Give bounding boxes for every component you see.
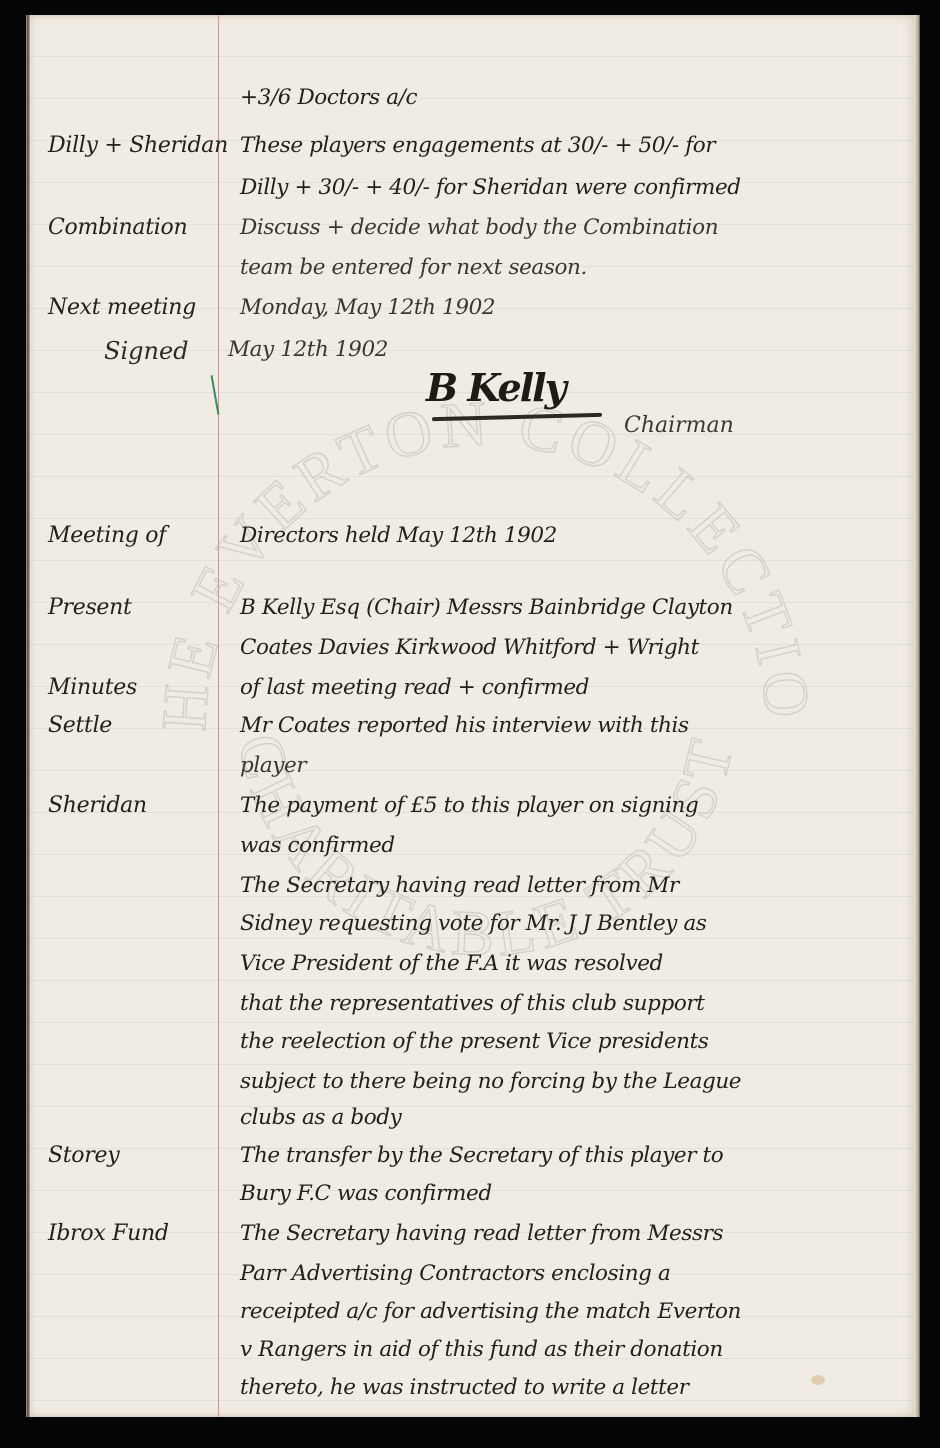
item-sheridan-l6: that the representatives of this club su…	[26, 991, 920, 1031]
entry-line: +3/6 Doctors a/c	[240, 85, 900, 110]
item-minutes: Minutes of last meeting read + confirmed	[26, 675, 920, 715]
item-label: Present	[48, 595, 223, 620]
item-sheridan-l7: the reelection of the present Vice presi…	[26, 1029, 920, 1069]
item-line: B Kelly Esq (Chair) Messrs Bainbridge Cl…	[240, 595, 900, 620]
item-sheridan-l8: subject to there being no forcing by the…	[26, 1069, 920, 1109]
item-label: Settle	[48, 713, 223, 738]
entry-line: Dilly + 30/- + 40/- for Sheridan were co…	[240, 175, 900, 200]
item-line: clubs as a body	[240, 1105, 900, 1130]
meeting-label: Meeting of	[48, 523, 223, 548]
entry-label: Combination	[48, 215, 223, 240]
item-line: Bury F.C was confirmed	[240, 1181, 900, 1206]
paper-stain	[811, 1375, 825, 1385]
item-line: Mr Coates reported his interview with th…	[240, 713, 900, 738]
item-ibrox-l5: thereto, he was instructed to write a le…	[26, 1375, 920, 1415]
item-sheridan-l5: Vice President of the F.A it was resolve…	[26, 951, 920, 991]
signed-label: Signed	[104, 337, 189, 365]
item-sheridan-l4: Sidney requesting vote for Mr. J J Bentl…	[26, 911, 920, 951]
minute-book-page: THE EVERTON COLLECTION CHARITABLE TRUST …	[26, 15, 920, 1417]
signature-flourish	[432, 413, 602, 421]
item-storey-cont: Bury F.C was confirmed	[26, 1181, 920, 1221]
item-present-cont: Coates Davies Kirkwood Whitford + Wright	[26, 635, 920, 675]
item-line: the reelection of the present Vice presi…	[240, 1029, 900, 1054]
entry-label: Next meeting	[48, 295, 223, 320]
item-line: thereto, he was instructed to write a le…	[240, 1375, 900, 1400]
item-line: Vice President of the F.A it was resolve…	[240, 951, 900, 976]
item-line: Sidney requesting vote for Mr. J J Bentl…	[240, 911, 900, 936]
item-settle: Settle Mr Coates reported his interview …	[26, 713, 920, 753]
item-sheridan: Sheridan The payment of £5 to this playe…	[26, 793, 920, 833]
entry-line: team be entered for next season.	[240, 255, 900, 280]
entry-dilly-sheridan-cont: Dilly + 30/- + 40/- for Sheridan were co…	[26, 175, 920, 215]
item-ibrox-l2: Parr Advertising Contractors enclosing a	[26, 1261, 920, 1301]
item-line: Parr Advertising Contractors enclosing a	[240, 1261, 900, 1286]
item-line: player	[240, 753, 900, 778]
item-storey: Storey The transfer by the Secretary of …	[26, 1143, 920, 1183]
item-line: The Secretary having read letter from Me…	[240, 1221, 900, 1246]
item-line: Coates Davies Kirkwood Whitford + Wright	[240, 635, 900, 660]
item-settle-cont: player	[26, 753, 920, 793]
item-label: Storey	[48, 1143, 223, 1168]
item-line: subject to there being no forcing by the…	[240, 1069, 900, 1094]
item-label: Sheridan	[48, 793, 223, 818]
entry-label: Dilly + Sheridan	[48, 133, 223, 158]
item-ibrox-l3: receipted a/c for advertising the match …	[26, 1299, 920, 1339]
item-ibrox-l4: v Rangers in aid of this fund as their d…	[26, 1337, 920, 1377]
entry-combination-cont: team be entered for next season.	[26, 255, 920, 295]
item-line: The transfer by the Secretary of this pl…	[240, 1143, 900, 1168]
item-sheridan-l2: was confirmed	[26, 833, 920, 873]
meeting-heading: Directors held May 12th 1902	[240, 523, 900, 548]
meeting-heading-row: Meeting of Directors held May 12th 1902	[26, 523, 920, 563]
item-sheridan-l3: The Secretary having read letter from Mr	[26, 873, 920, 913]
item-line: receipted a/c for advertising the match …	[240, 1299, 900, 1324]
item-ibrox-fund: Ibrox Fund The Secretary having read let…	[26, 1221, 920, 1261]
chairman-signature: B Kelly	[426, 365, 565, 410]
item-line: The payment of £5 to this player on sign…	[240, 793, 900, 818]
item-line: v Rangers in aid of this fund as their d…	[240, 1337, 900, 1362]
entry-dilly-sheridan: Dilly + Sheridan These players engagemen…	[26, 133, 920, 173]
item-line: The Secretary having read letter from Mr	[240, 873, 900, 898]
entry-line: Discuss + decide what body the Combinati…	[240, 215, 900, 240]
entry-combination: Combination Discuss + decide what body t…	[26, 215, 920, 255]
item-line: that the representatives of this club su…	[240, 991, 900, 1016]
item-sheridan-l9: clubs as a body	[26, 1105, 920, 1145]
entry-line: These players engagements at 30/- + 50/-…	[240, 133, 900, 158]
signed-date: May 12th 1902	[228, 337, 900, 362]
item-label: Minutes	[48, 675, 223, 700]
entry-doctors: +3/6 Doctors a/c	[26, 85, 920, 125]
item-line: was confirmed	[240, 833, 900, 858]
chairman-title: Chairman	[624, 413, 734, 438]
entry-line: Monday, May 12th 1902	[240, 295, 900, 320]
entry-next-meeting: Next meeting Monday, May 12th 1902	[26, 295, 920, 335]
item-line: of last meeting read + confirmed	[240, 675, 900, 700]
item-present: Present B Kelly Esq (Chair) Messrs Bainb…	[26, 595, 920, 635]
item-label: Ibrox Fund	[48, 1221, 223, 1246]
